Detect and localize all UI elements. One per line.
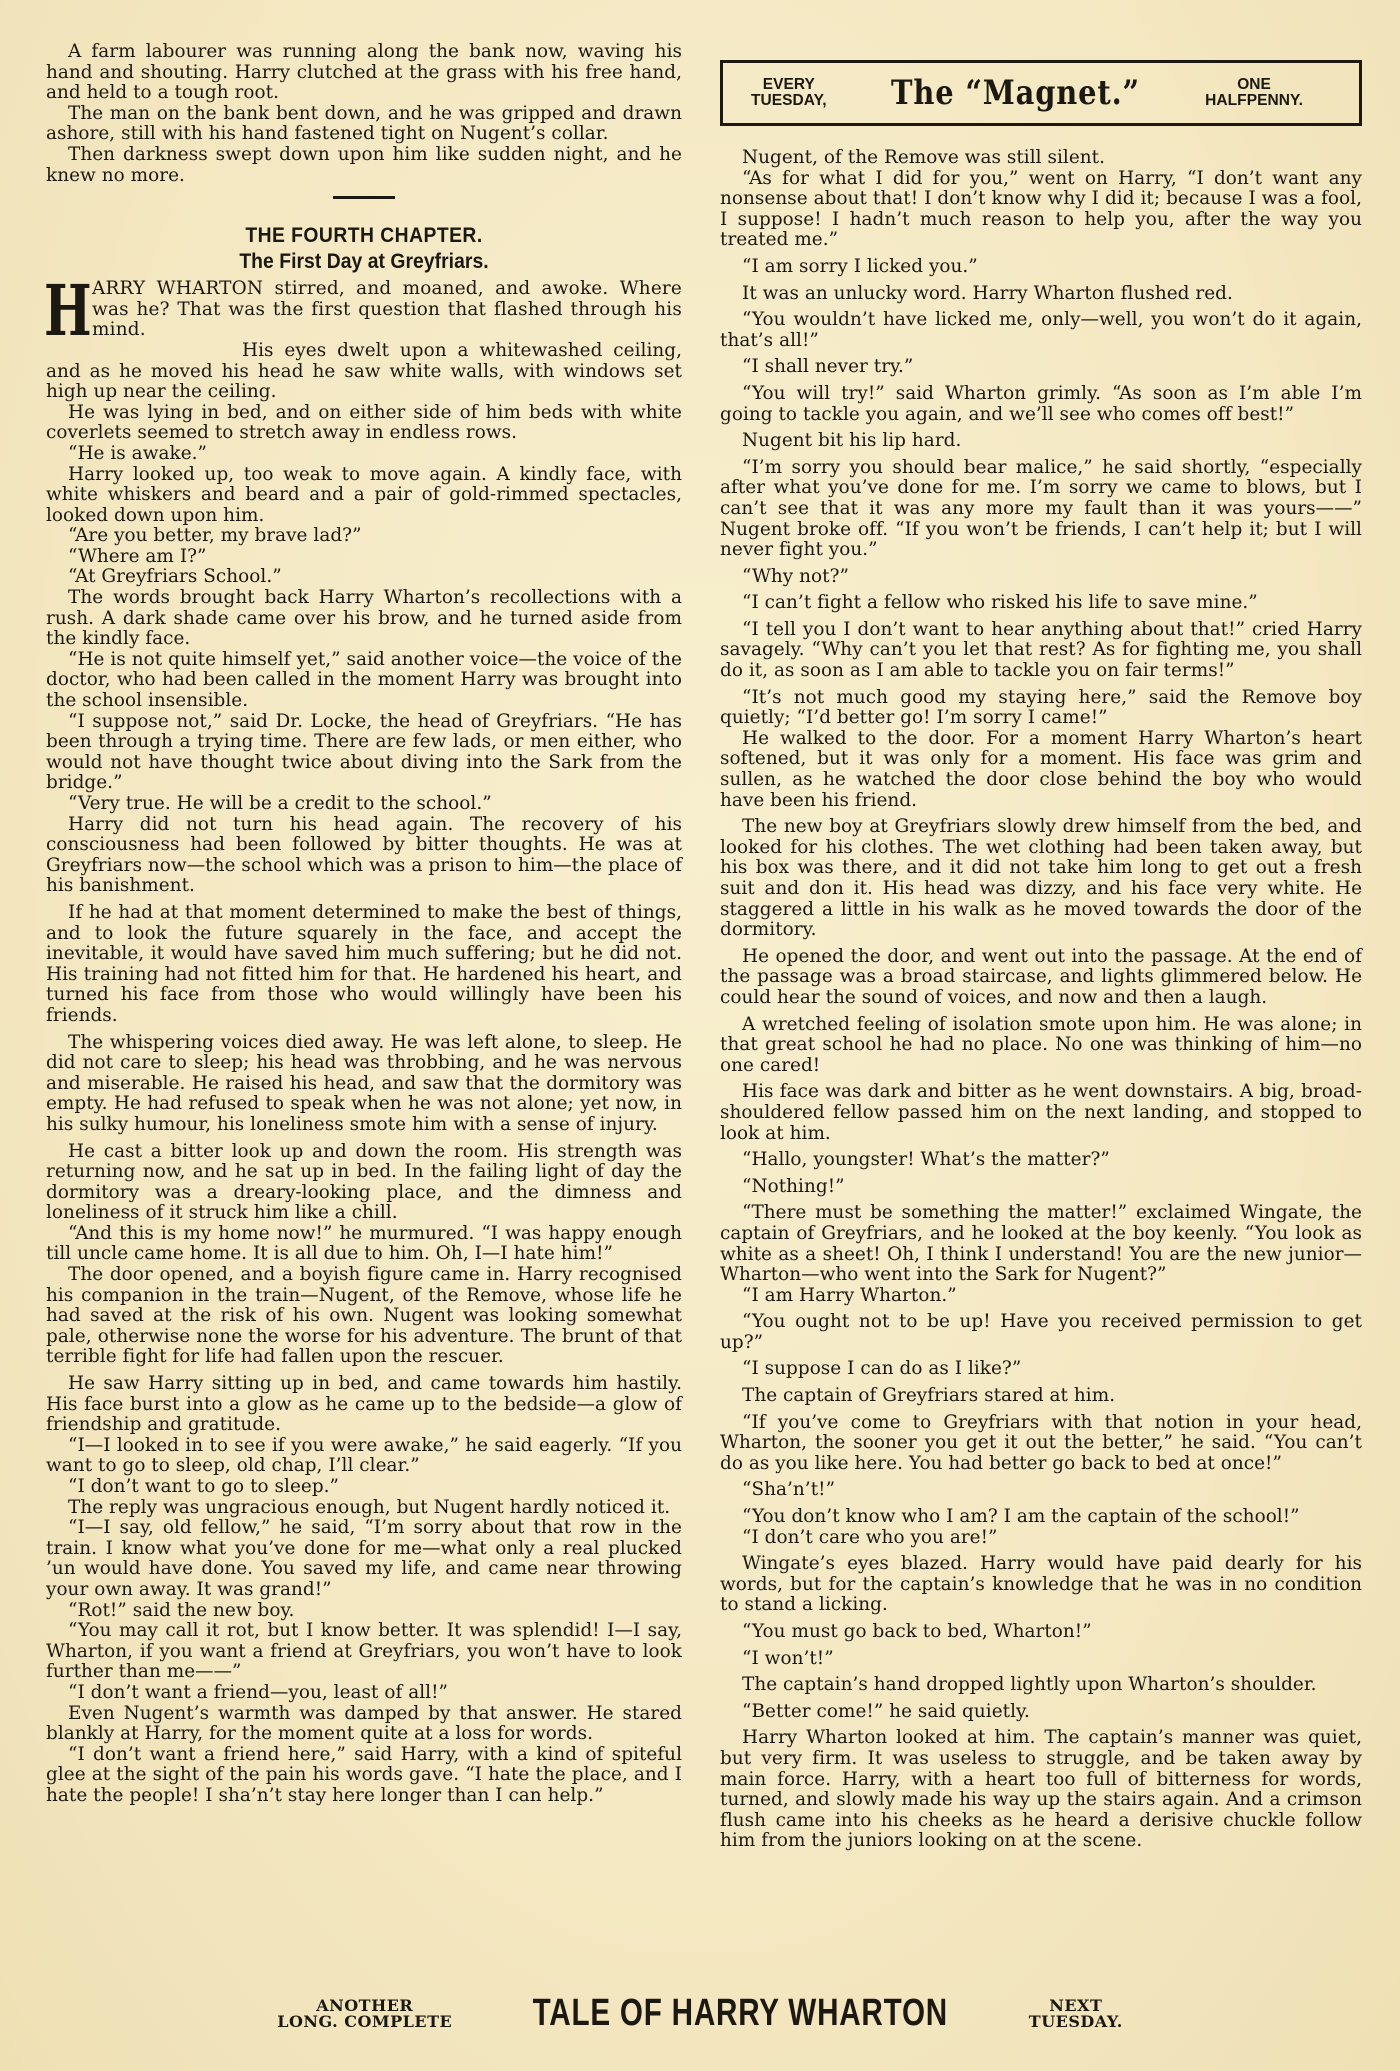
paragraph: “I don’t want a friend here,” said Harry… <box>46 1745 682 1807</box>
paragraph: “As for what I did for you,” went on Har… <box>720 169 1362 251</box>
paragraph: “Rot!” said the new boy. <box>46 1601 682 1622</box>
paragraph: “Better come!” he said quietly. <box>720 1702 1362 1723</box>
paragraph: Wingate’s eyes blazed. Harry would have … <box>720 1554 1362 1616</box>
paragraph: His eyes dwelt upon a whitewashed ceilin… <box>46 341 682 403</box>
masthead-price: ONE HALFPENNY. <box>1205 77 1303 109</box>
paragraph: “He is awake.” <box>46 444 682 465</box>
right-column: EVERY TUESDAY, The “Magnet.” ONE HALFPEN… <box>720 42 1362 1852</box>
paragraph: “If you’ve come to Greyfriars with that … <box>720 1413 1362 1475</box>
paragraph: It was an unlucky word. Harry Wharton fl… <box>720 284 1362 305</box>
paragraph: Then darkness swept down upon him like s… <box>46 145 682 186</box>
paragraph: “I’m sorry you should bear malice,” he s… <box>720 458 1362 561</box>
paragraph: “At Greyfriars School.” <box>46 567 682 588</box>
paragraph: “Where am I?” <box>46 547 682 568</box>
paragraph: Harry looked up, too weak to move again.… <box>46 465 682 527</box>
masthead-banner: EVERY TUESDAY, The “Magnet.” ONE HALFPEN… <box>720 60 1362 126</box>
paragraph: “I can’t fight a fellow who risked his l… <box>720 593 1362 614</box>
drop-cap: H <box>44 281 71 341</box>
paragraph: The man on the bank bent down, and he wa… <box>46 104 682 145</box>
paragraph: “Sha’n’t!” <box>720 1480 1362 1501</box>
paragraph: He was lying in bed, and on either side … <box>46 403 682 444</box>
chapter-heading: THE FOURTH CHAPTER. <box>71 223 656 249</box>
paragraph: The captain’s hand dropped lightly upon … <box>720 1675 1362 1696</box>
paragraph: The door opened, and a boyish figure cam… <box>46 1265 682 1368</box>
paragraph: “Are you better, my brave lad?” <box>46 526 682 547</box>
paragraph: Harry did not turn his head again. The r… <box>46 815 682 897</box>
paragraph: Nugent, of the Remove was still silent. <box>720 148 1362 169</box>
paragraph: “You must go back to bed, Wharton!” <box>720 1622 1362 1643</box>
paragraph: The words brought back Harry Wharton’s r… <box>46 588 682 650</box>
paragraph: “I suppose not,” said Dr. Locke, the hea… <box>46 712 682 794</box>
paragraph: “I tell you I don’t want to hear anythin… <box>720 620 1362 682</box>
chapter-subheading: The First Day at Greyfriars. <box>71 249 656 275</box>
opening-paragraph: HARRY WHARTON stirred, and moaned, and a… <box>46 279 682 341</box>
paragraph: “I am Harry Wharton.” <box>720 1286 1362 1307</box>
paragraph: “You may call it rot, but I know better.… <box>46 1621 682 1683</box>
banner-title: TALE OF HARRY WHARTON <box>533 1992 948 2035</box>
paragraph: A farm labourer was running along the ba… <box>46 42 682 104</box>
paragraph: “Hallo, youngster! What’s the matter?” <box>720 1150 1362 1171</box>
next-issue-banner: ANOTHER LONG. COMPLETE TALE OF HARRY WHA… <box>0 1992 1400 2035</box>
left-column: A farm labourer was running along the ba… <box>46 42 682 1807</box>
section-divider <box>333 196 395 199</box>
opening-text: ARRY WHARTON stirred, and moaned, and aw… <box>92 278 682 340</box>
paragraph: “I am sorry I licked you.” <box>720 257 1362 278</box>
paragraph: “You wouldn’t have licked me, only—well,… <box>720 310 1362 351</box>
paragraph: Nugent bit his lip hard. <box>720 431 1362 452</box>
paragraph: “I suppose I can do as I like?” <box>720 1359 1362 1380</box>
paragraph: The captain of Greyfriars stared at him. <box>720 1386 1362 1407</box>
paragraph: “I won’t!” <box>720 1649 1362 1670</box>
paragraph: “It’s not much good my staying here,” sa… <box>720 688 1362 729</box>
paragraph: The whispering voices died away. He was … <box>46 1033 682 1136</box>
paragraph: “Why not?” <box>720 567 1362 588</box>
paragraph: “I shall never try.” <box>720 357 1362 378</box>
paragraph: “You ought not to be up! Have you receiv… <box>720 1312 1362 1353</box>
paragraph: “I don’t want to go to sleep.” <box>46 1477 682 1498</box>
paragraph: If he had at that moment determined to m… <box>46 903 682 1027</box>
paragraph: “Nothing!” <box>720 1177 1362 1198</box>
masthead-title: The “Magnet.” <box>891 83 1140 104</box>
paragraph: “You don’t know who I am? I am the capta… <box>720 1507 1362 1528</box>
paragraph: The reply was ungracious enough, but Nug… <box>46 1498 682 1519</box>
paragraph: The new boy at Greyfriars slowly drew hi… <box>720 817 1362 941</box>
paragraph: His face was dark and bitter as he went … <box>720 1082 1362 1144</box>
paragraph: He opened the door, and went out into th… <box>720 947 1362 1009</box>
paragraph: “I don’t want a friend—you, least of all… <box>46 1683 682 1704</box>
paragraph: “I—I looked in to see if you were awake,… <box>46 1436 682 1477</box>
paragraph: He cast a bitter look up and down the ro… <box>46 1142 682 1224</box>
paragraph: “Very true. He will be a credit to the s… <box>46 794 682 815</box>
paragraph: “I—I say, old fellow,” he said, “I’m sor… <box>46 1518 682 1600</box>
paragraph: He walked to the door. For a moment Harr… <box>720 729 1362 811</box>
paragraph: He saw Harry sitting up in bed, and came… <box>46 1374 682 1436</box>
paragraph: A wretched feeling of isolation smote up… <box>720 1015 1362 1077</box>
paragraph: “And this is my home now!” he murmured. … <box>46 1224 682 1265</box>
paragraph: Harry Wharton looked at him. The captain… <box>720 1728 1362 1852</box>
paragraph: “He is not quite himself yet,” said anot… <box>46 650 682 712</box>
magazine-page: A farm labourer was running along the ba… <box>0 0 1400 2071</box>
banner-prefix: ANOTHER LONG. COMPLETE <box>277 1998 452 2030</box>
paragraph: “There must be something the matter!” ex… <box>720 1203 1362 1285</box>
paragraph: “You will try!” said Wharton grimly. “As… <box>720 384 1362 425</box>
masthead-schedule: EVERY TUESDAY, <box>751 77 827 109</box>
paragraph: Even Nugent’s warmth was damped by that … <box>46 1704 682 1745</box>
paragraph: “I don’t care who you are!” <box>720 1528 1362 1549</box>
banner-suffix: NEXT TUESDAY. <box>1029 1998 1123 2030</box>
